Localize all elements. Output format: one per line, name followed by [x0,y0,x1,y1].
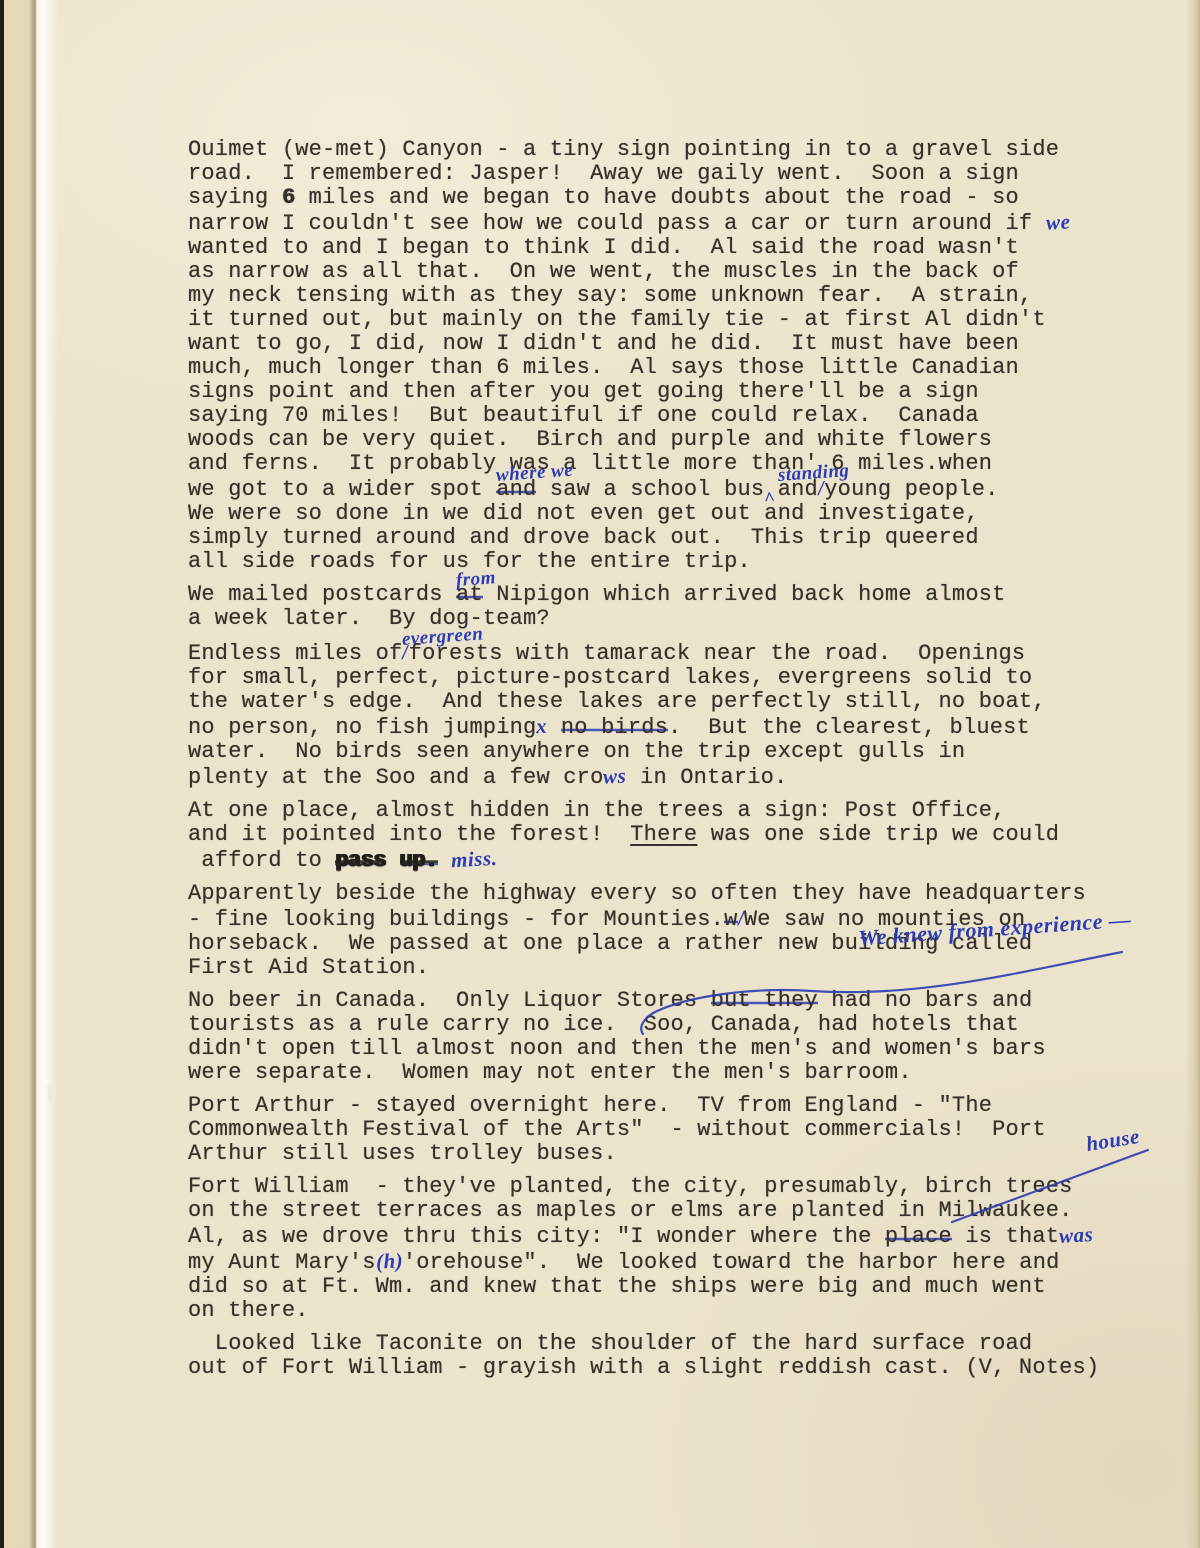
text-line: First Aid Station. [188,956,1099,980]
typed-text: want to go, I did, now I didn't and he d… [188,331,1019,356]
text-line: the water's edge. And these lakes are pe… [188,690,1099,714]
text-line: wanted to and I began to think I did. Al… [188,236,1099,260]
text-line: Port Arthur - stayed overnight here. TV … [188,1094,1099,1118]
typed-text: miles and we began to have doubts about … [295,185,1019,210]
text-line: We were so done in we did not even get o… [188,502,1099,526]
handwritten-annotation: ^ [763,488,765,512]
paragraph-ouimet-canyon: Ouimet (we-met) Canyon - a tiny sign poi… [188,138,1099,574]
paragraph-no-beer-in-canada: No beer in Canada. Only Liquor Stores bu… [188,989,1099,1085]
text-line: Al, as we drove thru this city: "I wonde… [188,1223,1099,1249]
text-line: for small, perfect, picture-postcard lak… [188,666,1099,690]
typed-text: Soo, Canada, had hotels that [644,1012,1019,1037]
typed-text: did so at Ft. Wm. and knew that the ship… [188,1274,1046,1299]
typed-text: no person, no fish jumping [188,715,536,740]
text-line: tourists as a rule carry no ice. Soo, Ca… [188,1013,1099,1037]
typed-text: At one place, almost hidden in the trees… [188,798,1006,823]
typed-text: on there. [188,1298,309,1323]
text-line: want to go, I did, now I didn't and he d… [188,332,1099,356]
handwritten-annotation: where we [495,464,497,488]
typed-text: simply turned around and drove back out.… [188,525,979,550]
typed-text: and investigate, [764,501,978,526]
typed-text: a week later. By dog-team? [188,606,550,631]
text-line: out of Fort William - grayish with a sli… [188,1356,1099,1380]
handwritten-annotation: / [737,906,745,930]
crossed-out-text: up. [400,848,438,873]
typed-text: much, much longer than 6 miles. Al says … [188,355,1019,380]
typed-text: had no bars and [818,988,1032,1013]
typed-text: didn't open till almost noon and then th… [188,1036,1046,1061]
typed-text: . But the clearest, bluest [668,715,1030,740]
text-line: much, much longer than 6 miles. Al says … [188,356,1099,380]
typed-text: we got to a wider spot [188,477,496,502]
text-line: We mailed postcards fromat Nipigon which… [188,583,1099,607]
typed-text: trees [1006,1174,1073,1199]
typed-text: Arthur still uses trolley buses. [188,1141,617,1166]
paper-stain [36,1084,52,1104]
paragraph-postcards-nipigon: We mailed postcards fromat Nipigon which… [188,583,1099,631]
typed-text: Port Arthur - stayed overnight here. TV … [188,1093,992,1118]
text-line: Commonwealth Festival of the Arts" - wit… [188,1118,1099,1142]
text-line: as narrow as all that. On we went, the m… [188,260,1099,284]
text-line: Ouimet (we-met) Canyon - a tiny sign poi… [188,138,1099,162]
struck-text: w [724,907,737,932]
handwritten-annotation: miss. [451,846,498,872]
text-line: on there. [188,1299,1099,1323]
paragraph-taconite-note: Looked like Taconite on the shoulder of … [188,1332,1099,1380]
typed-text: forests with tamarack near the road. Ope… [409,641,1026,666]
handwritten-annotation: we [1045,209,1071,234]
typed-text: the water's edge. And these lakes are pe… [188,689,1046,714]
text-line: and it pointed into the forest! There wa… [188,823,1099,847]
typed-text: narrow I couldn't see how we could pass … [188,211,1046,236]
typed-text: was one side trip we could [697,822,1059,847]
typed-text: Apparently beside the highway every so o… [188,881,1086,906]
typed-text: on the street terraces as maples or elms… [188,1198,1073,1223]
typed-text: my Aunt Mary's [188,1250,376,1275]
document-body: Ouimet (we-met) Canyon - a tiny sign poi… [188,138,1099,1389]
text-line: we got to a wider spot where weand saw a… [188,476,1099,502]
text-line: were separate. Women may not enter the m… [188,1061,1099,1085]
text-line: Arthur still uses trolley buses. [188,1142,1099,1166]
typed-text: We were so done in we did not even get o… [188,501,764,526]
text-line: and ferns. It probably was a little more… [188,452,1099,476]
typed-text: First Aid Station. [188,955,429,980]
text-line: No beer in Canada. Only Liquor Stores bu… [188,989,1099,1013]
text-line: road. I remembered: Jasper! Away we gail… [188,162,1099,186]
struck-text: but they [711,988,818,1013]
underlined-text: There [630,822,697,847]
text-line: plenty at the Soo and a few crows in Ont… [188,764,1099,790]
text-line: a week later. By dog-team? [188,607,1099,631]
typed-text: road. I remembered: Jasper! Away we gail… [188,161,1019,186]
typed-text [386,848,399,873]
typed-text: as narrow as all that. On we went, the m… [188,259,1019,284]
struck-text: no birds [561,715,668,740]
typed-text: Endless miles of [188,641,402,666]
paragraph-endless-forests: Endless miles ofevergreen/forests with t… [188,640,1099,790]
text-line: Apparently beside the highway every so o… [188,882,1099,906]
text-line: my neck tensing with as they say: some u… [188,284,1099,308]
typed-text: Commonwealth Festival of the Arts" - wit… [188,1117,1046,1142]
typed-text: were separate. Women may not enter the m… [188,1060,912,1085]
text-line: saying 70 miles! But beautiful if one co… [188,404,1099,428]
text-line: my Aunt Mary's(h)'orehouse". We looked t… [188,1249,1099,1275]
scanned-journal-page: Ouimet (we-met) Canyon - a tiny sign poi… [0,0,1200,1548]
typed-text: in Ontario. [627,765,788,790]
typed-text: - fine looking buildings - for Mounties. [188,907,724,932]
handwritten-annotation: x [536,714,548,739]
handwritten-annotation: / [817,476,825,500]
typed-text: wanted to and I began to think I did. Al… [188,235,1019,260]
paragraph-port-arthur: Port Arthur - stayed overnight here. TV … [188,1094,1099,1166]
paragraph-fort-william: Fort William - they've planted, the city… [188,1175,1099,1323]
typed-text: for small, perfect, picture-postcard lak… [188,665,1032,690]
typed-text: Fort William - they've planted, the city… [188,1174,1006,1199]
text-line: saying 6 miles and we began to have doub… [188,186,1099,210]
typed-text: saw a school bus [536,477,777,502]
text-line: signs point and then after you get going… [188,380,1099,404]
typed-text: saying 70 miles! But beautiful if one co… [188,403,979,428]
text-line: simply turned around and drove back out.… [188,526,1099,550]
typed-text: woods can be very quiet. Birch and purpl… [188,427,992,452]
text-line: didn't open till almost noon and then th… [188,1037,1099,1061]
struck-text: place [885,1224,952,1249]
text-line: Endless miles ofevergreen/forests with t… [188,640,1099,666]
typed-text: Nipigon which arrived back home almost [483,582,1006,607]
typed-text: my neck tensing with as they say: some u… [188,283,1032,308]
crossed-out-text: pass [335,848,386,873]
paragraph-post-office-sign: At one place, almost hidden in the trees… [188,799,1099,873]
typed-text: No beer in Canada. Only Liquor Stores [188,988,711,1013]
handwritten-annotation: ws [603,763,627,788]
typed-text: signs point and then after you get going… [188,379,979,404]
text-line: all side roads for us for the entire tri… [188,550,1099,574]
typed-text: and it pointed into the forest! [188,822,630,847]
typed-text [438,848,451,873]
text-line: did so at Ft. Wm. and knew that the ship… [188,1275,1099,1299]
text-line: Fort William - they've planted, the city… [188,1175,1099,1199]
text-line: afford to pass up. miss. [188,847,1099,873]
overstruck-text: 6 [282,185,295,210]
typed-text: We mailed postcards [188,582,456,607]
handwritten-annotation: (h) [375,1248,403,1273]
typed-text: is that [952,1224,1059,1249]
typed-text: Looked like Taconite on the shoulder of … [188,1331,1032,1356]
text-line: narrow I couldn't see how we could pass … [188,210,1099,236]
typed-text: 'orehouse". We looked toward the harbor … [403,1250,1060,1275]
typed-text: and ferns. It probably was a little more… [188,451,992,476]
pen-stroke-margin-mark [3,1182,10,1205]
typed-text: water. No birds seen anywhere on the tri… [188,739,965,764]
text-line: At one place, almost hidden in the trees… [188,799,1099,823]
typed-text: Ouimet (we-met) Canyon - a tiny sign poi… [188,137,1059,162]
text-line: water. No birds seen anywhere on the tri… [188,740,1099,764]
text-line: on the street terraces as maples or elms… [188,1199,1099,1223]
typed-text: Al, as we drove thru this city: "I wonde… [188,1224,885,1249]
text-line: no person, no fish jumpingx no birds. Bu… [188,714,1099,740]
typed-text: afford to [188,848,335,873]
text-line: Looked like Taconite on the shoulder of … [188,1332,1099,1356]
handwritten-annotation: was [1059,1222,1094,1248]
typed-text: saying [188,185,282,210]
typed-text [547,715,560,740]
typed-text: it turned out, but mainly on the family … [188,307,1046,332]
text-line: it turned out, but mainly on the family … [188,308,1099,332]
text-line: woods can be very quiet. Birch and purpl… [188,428,1099,452]
typed-text: out of Fort William - grayish with a sli… [188,1355,1099,1380]
typed-text: plenty at the Soo and a few cro [188,765,603,790]
typed-text: tourists as a rule carry no ice. [188,1012,644,1037]
